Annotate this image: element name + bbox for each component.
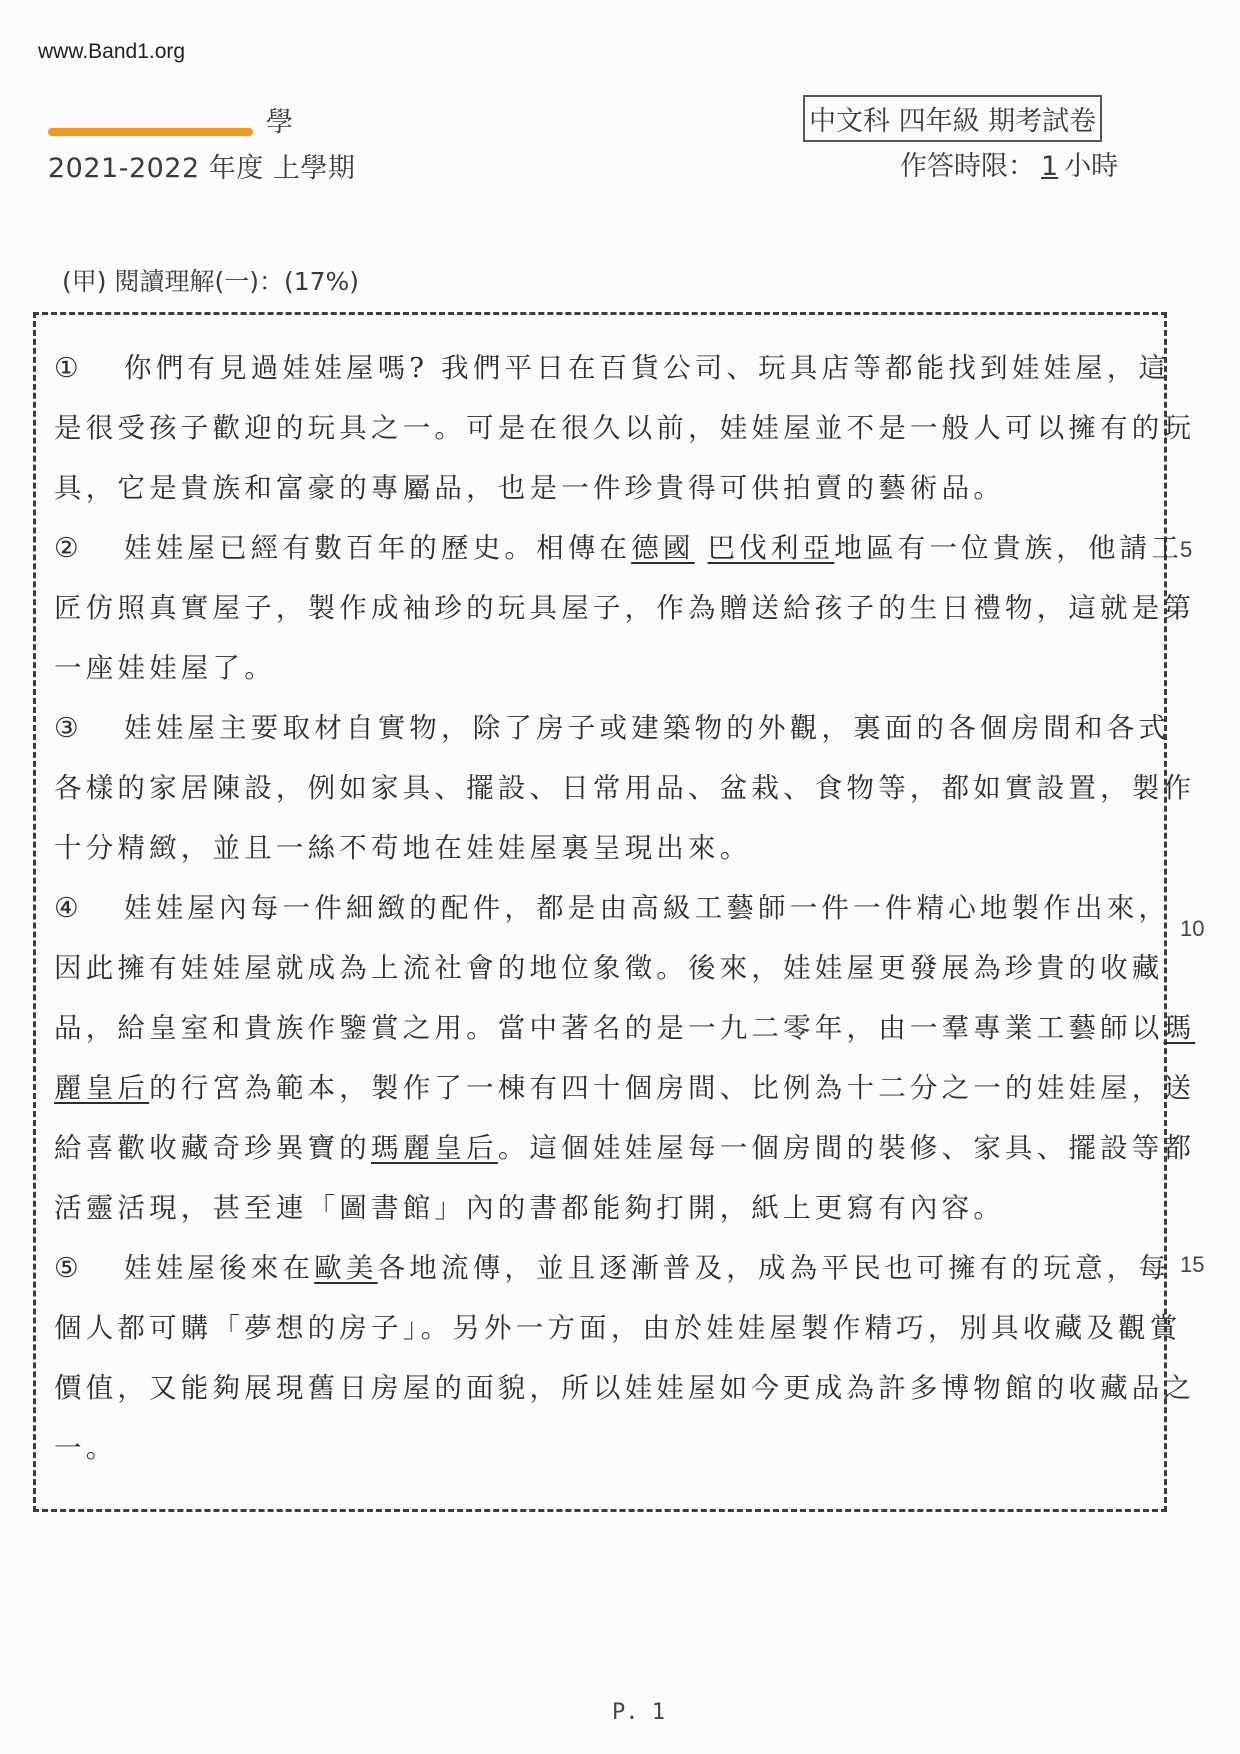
paragraph-number: ③ (54, 712, 124, 744)
section-title: (甲) 閱讀理解(一)：(17%) (62, 262, 359, 298)
page-number: P. 1 (612, 1700, 665, 1725)
passage-line: 麗皇后的行宮為範本，製作了一棟有四十個房間、比例為十二分之一的娃娃屋，送 (54, 1065, 1195, 1105)
passage-line: 活靈活現，甚至連「圖書館」內的書都能夠打開，紙上更寫有內容。 (54, 1185, 1005, 1225)
passage-line: 個人都可購「夢想的房子」。另外一方面，由於娃娃屋製作精巧，別具收藏及觀賞 (54, 1305, 1181, 1345)
proper-noun-underlined: 德國 (631, 532, 694, 564)
subject-title-box: 中文科 四年級 期考試卷 (803, 95, 1102, 142)
passage-line: 十分精緻，並且一絲不苟地在娃娃屋裏呈現出來。 (54, 825, 751, 865)
passage-text: 因此擁有娃娃屋就成為上流社會的地位象徵。後來，娃娃屋更發展為珍貴的收藏 (54, 952, 1164, 984)
passage-line: ②娃娃屋已經有數百年的歷史。相傳在德國 巴伐利亞地區有一位貴族，他請工 (54, 525, 1183, 565)
passage-line: 給喜歡收藏奇珍異寶的瑪麗皇后。這個娃娃屋每一個房間的裝修、家具、擺設等都 (54, 1125, 1195, 1165)
passage-line: ④娃娃屋內每一件細緻的配件，都是由高級工藝師一件一件精心地製作出來， (54, 885, 1170, 925)
passage-line: 一。 (54, 1425, 117, 1465)
passage-line: 品，給皇室和貴族作鑒賞之用。當中著名的是一九二零年，由一羣專業工藝師以瑪 (54, 1005, 1195, 1045)
passage-text (695, 532, 708, 564)
academic-term: 2021-2022 年度 上學期 (48, 146, 355, 185)
passage-text: 一。 (54, 1432, 117, 1464)
time-limit: 作答時限：1小時 (900, 144, 1118, 183)
proper-noun-underlined: 瑪麗皇后 (371, 1132, 498, 1164)
proper-noun-underlined: 瑪 (1164, 1012, 1196, 1044)
passage-text: 各地流傳，並且逐漸普及，成為平民也可擁有的玩意，每 (378, 1252, 1171, 1284)
passage-text: 個人都可購「夢想的房子」。另外一方面，由於娃娃屋製作精巧，別具收藏及觀賞 (54, 1312, 1181, 1344)
passage-text: 價值，又能夠展現舊日房屋的面貌，所以娃娃屋如今更成為許多博物館的收藏品之 (54, 1372, 1195, 1404)
passage-text: 娃娃屋內每一件細緻的配件，都是由高級工藝師一件一件精心地製作出來， (124, 892, 1170, 924)
passage-line: ⑤娃娃屋後來在歐美各地流傳，並且逐漸普及，成為平民也可擁有的玩意，每 (54, 1245, 1170, 1285)
redacted-school-name (48, 128, 253, 136)
line-number-5: 5 (1180, 537, 1192, 563)
passage-text: 匠仿照真實屋子，製作成袖珍的玩具屋子，作為贈送給孩子的生日禮物，這就是第 (54, 592, 1195, 624)
passage-line: ③娃娃屋主要取材自實物，除了房子或建築物的外觀，裏面的各個房間和各式 (54, 705, 1170, 745)
passage-text: 具，它是貴族和富豪的專屬品，也是一件珍貴得可供拍賣的藝術品。 (54, 472, 1005, 504)
passage-line: 價值，又能夠展現舊日房屋的面貌，所以娃娃屋如今更成為許多博物館的收藏品之 (54, 1365, 1195, 1405)
passage-text: 。這個娃娃屋每一個房間的裝修、家具、擺設等都 (498, 1132, 1195, 1164)
passage-text: 十分精緻，並且一絲不苟地在娃娃屋裏呈現出來。 (54, 832, 751, 864)
passage-text: 給喜歡收藏奇珍異寶的 (54, 1132, 371, 1164)
passage-text: 地區有一位貴族，他請工 (834, 532, 1183, 564)
paragraph-number: ④ (54, 892, 124, 924)
time-limit-unit: 小時 (1064, 151, 1118, 182)
passage-line: 是很受孩子歡迎的玩具之一。可是在很久以前，娃娃屋並不是一般人可以擁有的玩 (54, 405, 1195, 445)
line-number-15: 15 (1180, 1252, 1204, 1278)
paragraph-number: ⑤ (54, 1252, 124, 1284)
passage-line: ①你們有見過娃娃屋嗎? 我們平日在百貨公司、玩具店等都能找到娃娃屋，這 (54, 345, 1170, 385)
passage-text: 活靈活現，甚至連「圖書館」內的書都能夠打開，紙上更寫有內容。 (54, 1192, 1005, 1224)
passage-line: 具，它是貴族和富豪的專屬品，也是一件珍貴得可供拍賣的藝術品。 (54, 465, 1005, 505)
school-suffix: 學 (266, 100, 293, 139)
passage-text: 娃娃屋已經有數百年的歷史。相傳在 (124, 532, 631, 564)
passage-text: 娃娃屋後來在 (124, 1252, 314, 1284)
proper-noun-underlined: 麗皇后 (54, 1072, 149, 1104)
passage-text: 娃娃屋主要取材自實物，除了房子或建築物的外觀，裏面的各個房間和各式 (124, 712, 1170, 744)
passage-line: 因此擁有娃娃屋就成為上流社會的地位象徵。後來，娃娃屋更發展為珍貴的收藏 (54, 945, 1164, 985)
passage-text: 一座娃娃屋了。 (54, 652, 276, 684)
time-limit-label: 作答時限： (900, 151, 1035, 182)
passage-line: 一座娃娃屋了。 (54, 645, 276, 685)
line-number-10: 10 (1180, 916, 1204, 942)
passage-text: 的行宮為範本，製作了一棟有四十個房間、比例為十二分之一的娃娃屋，送 (149, 1072, 1195, 1104)
passage-text: 是很受孩子歡迎的玩具之一。可是在很久以前，娃娃屋並不是一般人可以擁有的玩 (54, 412, 1195, 444)
passage-text: 各樣的家居陳設，例如家具、擺設、日常用品、盆栽、食物等，都如實設置，製作 (54, 772, 1195, 804)
passage-line: 各樣的家居陳設，例如家具、擺設、日常用品、盆栽、食物等，都如實設置，製作 (54, 765, 1195, 805)
passage-text: 你們有見過娃娃屋嗎? 我們平日在百貨公司、玩具店等都能找到娃娃屋，這 (124, 352, 1170, 384)
proper-noun-underlined: 歐美 (314, 1252, 377, 1284)
passage-line: 匠仿照真實屋子，製作成袖珍的玩具屋子，作為贈送給孩子的生日禮物，這就是第 (54, 585, 1195, 625)
time-limit-value: 1 (1035, 151, 1064, 182)
proper-noun-underlined: 巴伐利亞 (708, 532, 835, 564)
school-name: 學 (48, 100, 308, 140)
watermark: www.Band1.org (38, 40, 185, 64)
paragraph-number: ② (54, 532, 124, 564)
paragraph-number: ① (54, 352, 124, 384)
passage-text: 品，給皇室和貴族作鑒賞之用。當中著名的是一九二零年，由一羣專業工藝師以 (54, 1012, 1164, 1044)
